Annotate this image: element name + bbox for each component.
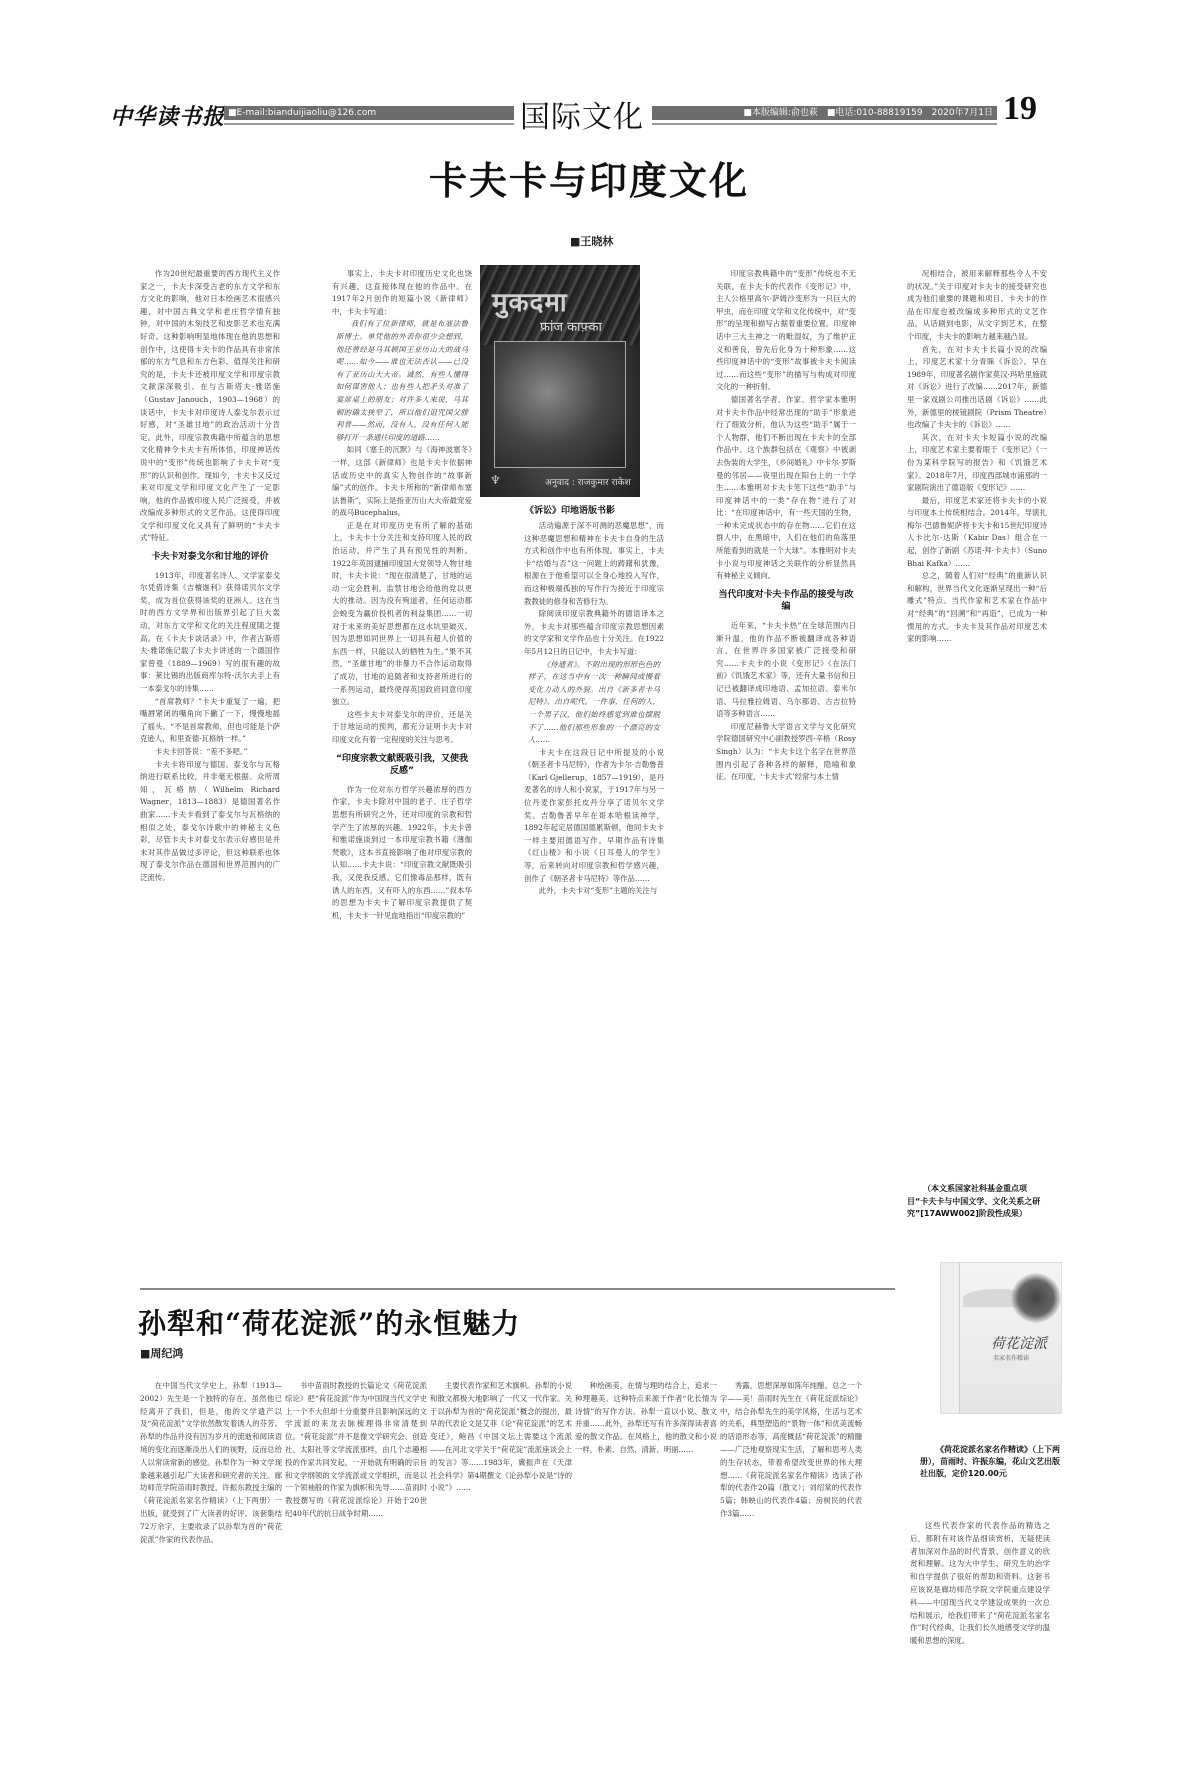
- masthead: 中华读书报 ■E-mail:bianduijiaoliu@126.com 国际文…: [110, 96, 1070, 136]
- paragraph: 1913年，印度著名诗人、文学家泰戈尔凭借诗集《吉檀迦利》获得诺贝尔文学奖，成为…: [140, 570, 280, 696]
- newspaper-logo: 中华读书报: [110, 100, 225, 131]
- editor-info-bar: ■本版编辑:俞也萩 ■电话:010-88819159 2020年7月1日: [652, 106, 997, 120]
- article-column-2: 书中苗雨时教授的长篇论文《荷花淀派综论》把“荷花淀派”作为中国现当代文学史上一个…: [285, 1380, 427, 1740]
- paragraph: 近年来，“卡夫卡热”在全球范围内日渐升温，他的作品不断被翻译成各种语言，在世界许…: [716, 620, 856, 721]
- image-caption: 《诉讼》印地语版书影: [480, 503, 660, 516]
- divider: [224, 123, 514, 125]
- subheading: “印度宗教文献既吸引我，又使我反感”: [332, 753, 472, 778]
- paragraph: 作为一位对东方哲学兴趣浓厚的西方作家，卡夫卡除对中国的老子、庄子哲学思想有所研究…: [332, 784, 472, 923]
- book-cover-image: मुकदमा फ्रांज काफ़्का ♆ अनुवाद : राजकुमा…: [480, 265, 640, 497]
- book-cover-image: 荷花淀派 名家名作精读: [940, 1262, 1062, 1414]
- paragraph: 这些代表作家的代表作品的精选之后，都附有对该作品细读赏析，无疑使读者加深对作品的…: [910, 1520, 1050, 1648]
- article-column-5: 况相结合，被用来解释那些令人不安的状况。”关于印度对卡夫卡的接受研究也成为他们重…: [907, 268, 1047, 1173]
- paragraph: “首席教师？”卡夫卡重复了一遍，把嘴唇紧闭的嘴角向下撇了一下，慢慢地摇了摇头。“…: [140, 696, 280, 746]
- cover-title: 荷花淀派: [991, 1333, 1047, 1353]
- paragraph: 作为20世纪最重要的西方现代主义作家之一，卡夫卡深受古老的东方文学和东方文化的影…: [140, 268, 280, 545]
- block-quote: 我们有了位新律师，就是布塞法鲁斯博士。单凭他的外表你很少会想到，他还曾经是马其顿…: [332, 318, 472, 444]
- cover-author: फ्रांज काफ़्का: [540, 317, 602, 335]
- image-caption: 《荷花淀派名家名作精读》（上下两册），苗雨时、许振东编，花山文艺出版社出版，定价…: [920, 1444, 1060, 1480]
- paragraph: 卡夫卡回答说：“差不多吧。”: [140, 746, 280, 759]
- article-byline: ■王晓林: [570, 233, 613, 249]
- paragraph: 正是在对印度历史有所了解的基础上，卡夫卡十分关注和支持印度人民的政治运动，并产生…: [332, 520, 472, 709]
- paragraph: 活动遍源于深不可测的恶魔思想”，而这种恶魔思想和精神在卡夫卡自身的生活方式和创作…: [524, 520, 664, 608]
- subheading: 当代印度对卡夫卡作品的接受与改编: [716, 589, 856, 614]
- paragraph: 主要代表作家和艺术旗帜。孙犁的小说和散文都极大地影响了一代又一代作家。关于以孙犁…: [430, 1380, 572, 1495]
- cover-illustration: [494, 341, 626, 468]
- paragraph: 此外，卡夫卡对“变形”主题的关注与: [524, 885, 664, 898]
- article-column-1: 作为20世纪最重要的西方现代主义作家之一，卡夫卡深受古老的东方文学和东方文化的影…: [140, 268, 280, 1288]
- cover-translator: अनुवाद : राजकुमार राकेश: [545, 475, 631, 488]
- article-column-5: 秀露，思想深厚如陈年纯酿。总之一个字——美！苗雨时先生在《荷花淀派综论》中，结合…: [720, 1380, 862, 1740]
- article-divider: [140, 1288, 895, 1290]
- article-column-2: 事实上，卡夫卡对印度历史文化也饶有兴趣，这直接体现在他的作品中。在1917年2月…: [332, 268, 472, 1268]
- paragraph: 种绘画美，在情与理的结合上，追求一种理趣美。这种特点来源于作者“化长情为诗情”的…: [575, 1380, 717, 1457]
- article-column-3: 主要代表作家和艺术旗帜。孙犁的小说和散文都极大地影响了一代又一代作家。关于以孙犁…: [430, 1380, 572, 1740]
- article-byline: ■周纪鸿: [140, 1345, 183, 1361]
- paragraph: 卡夫卡在这段日记中所提及的小说《朝圣者卡马尼特》，作者为卡尔·吉勒鲁普（Karl…: [524, 747, 664, 886]
- article-column-4: 印度宗教典籍中的“变形”传统也不无关联。在卡夫卡的代表作《变形记》中，主人公格里…: [716, 268, 856, 1268]
- paragraph: 除阅读印度宗教典籍外的德语译本之外，卡夫卡对那些蕴含印度宗教思想因素的文学家和文…: [524, 608, 664, 658]
- paragraph: 总之，随着人们对“经典”的重新认识和解构，世界当代文化逐渐呈现出一种“后雕式”特…: [907, 570, 1047, 646]
- paragraph: 印度尼赫鲁大学语言文学与文化研究学院德国研究中心副教授罗西·辛格（Rosy Si…: [716, 721, 856, 784]
- paragraph: 如同《塞壬的沉默》与《海神波塞冬》一样，这部《新律师》也是卡夫卡依据神话或历史中…: [332, 444, 472, 520]
- tree-decoration: [1011, 1273, 1061, 1323]
- cover-title: मुकदमा: [492, 283, 568, 319]
- paragraph: 德国著名学者、作家、哲学家本雅明对卡夫卡作品中经常出现的“助手”形象进行了细致分…: [716, 394, 856, 583]
- paragraph: 在中国当代文学史上，孙犁（1913—2002）先生是一个独特的存在。虽然他已经离…: [140, 1380, 282, 1546]
- section-title: 国际文化: [520, 92, 644, 136]
- divider: [652, 123, 997, 125]
- paragraph: 况相结合，被用来解释那些令人不安的状况。”关于印度对卡夫卡的接受研究也成为他们重…: [907, 268, 1047, 344]
- paragraph: 首先，在对卡夫卡长篇小说的改编上，印度艺术家十分青睐《诉讼》。早在1989年，印…: [907, 344, 1047, 432]
- article-title: 卡夫卡与印度文化: [0, 150, 1178, 205]
- publisher-logo-icon: ♆: [490, 473, 501, 487]
- book-spine: [941, 1263, 960, 1413]
- article-column-6: 这些代表作家的代表作品的精选之后，都附有对该作品细读赏析，无疑使读者加深对作品的…: [910, 1520, 1050, 1740]
- article-column-1: 在中国当代文学史上，孙犁（1913—2002）先生是一个独特的存在。虽然他已经离…: [140, 1380, 282, 1740]
- paragraph: 秀露，思想深厚如陈年纯酿。总之一个字——美！苗雨时先生在《荷花淀派综论》中，结合…: [720, 1380, 862, 1521]
- paragraph: 其次，在对卡夫卡短篇小说的改编上，印度艺术家主要着眼于《变形记》《一份为某科学院…: [907, 432, 1047, 495]
- page-number: 19: [1003, 90, 1037, 128]
- paragraph: 印度宗教典籍中的“变形”传统也不无关联。在卡夫卡的代表作《变形记》中，主人公格里…: [716, 268, 856, 394]
- email-bar: ■E-mail:bianduijiaoliu@126.com: [224, 106, 514, 120]
- funding-note: （本文系国家社科基金重点项目“卡夫卡与中国文学、文化关系之研究”[17AWW00…: [907, 1183, 1047, 1221]
- article-title: 孙犁和“荷花淀派”的永恒魅力: [138, 1302, 520, 1342]
- paragraph: 这些卡夫卡对泰戈尔的评价，还是关于甘地运动的预判，都充分证明卡夫卡对印度文化有着…: [332, 709, 472, 747]
- paragraph: 书中苗雨时教授的长篇论文《荷花淀派综论》把“荷花淀派”作为中国现当代文学史上一个…: [285, 1380, 427, 1521]
- article-column-4: 种绘画美，在情与理的结合上，追求一种理趣美。这种特点来源于作者“化长情为诗情”的…: [575, 1380, 717, 1740]
- paragraph: 最后，印度艺术家还将卡夫卡的小说与印度本土传统相结合。2014年，导演扎梅尔·巴…: [907, 495, 1047, 571]
- cover-subtitle: 名家名作精读: [993, 1353, 1029, 1362]
- article-column-3: 活动遍源于深不可测的恶魔思想”，而这种恶魔思想和精神在卡夫卡自身的生活方式和创作…: [524, 520, 664, 1280]
- block-quote: 《侍通者》。不附出现的形形色色的样子，在这当中有一次一种瞬间或慢着变化力动人的外…: [524, 659, 664, 747]
- subheading: 卡夫卡对泰戈尔和甘地的评价: [140, 551, 280, 564]
- paragraph: 事实上，卡夫卡对印度历史文化也饶有兴趣，这直接体现在他的作品中。在1917年2月…: [332, 268, 472, 318]
- paragraph: 卡夫卡将印度与德国、泰戈尔与瓦格纳进行联系比较，并非毫无根据。众所周知，瓦格纳（…: [140, 759, 280, 885]
